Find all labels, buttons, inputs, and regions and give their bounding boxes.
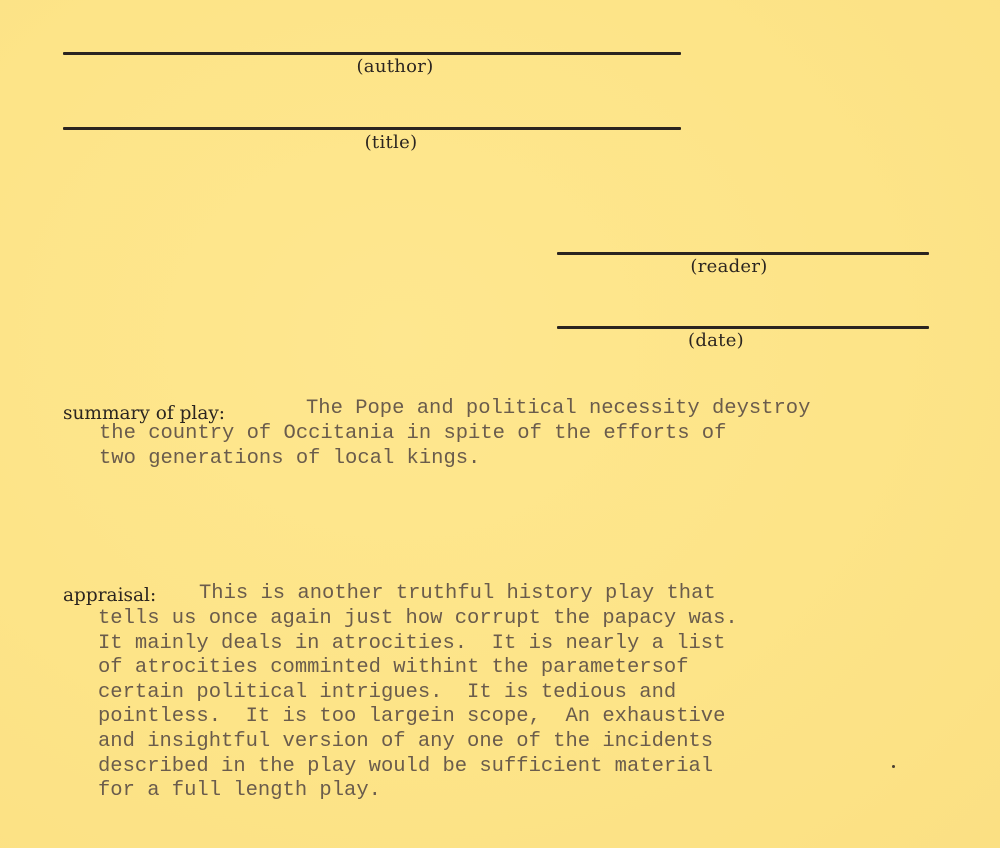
appraisal-line-2: tells us once again just how corrupt the… [98, 607, 738, 631]
appraisal-line-8: described in the play would be sufficien… [98, 755, 713, 779]
title-label: (title) [365, 133, 418, 153]
reader-line [557, 252, 929, 255]
appraisal-line-6: pointless. It is too largein scope, An e… [98, 705, 725, 729]
author-label: (author) [356, 57, 433, 77]
appraisal-line-9: for a full length play. [98, 779, 381, 803]
reader-report-form: (author) (title) (reader) (date) summary… [0, 0, 1000, 848]
appraisal-line-5: certain political intrigues. It is tedio… [98, 681, 676, 705]
summary-line-1: The Pope and political necessity deystro… [306, 397, 810, 421]
summary-line-2: the country of Occitania in spite of the… [99, 422, 726, 446]
date-label: (date) [688, 331, 744, 351]
paper-speck [892, 765, 895, 768]
appraisal-line-3: It mainly deals in atrocities. It is nea… [98, 632, 725, 656]
summary-label: summary of play: [63, 404, 225, 424]
appraisal-line-7: and insightful version of any one of the… [98, 730, 713, 754]
title-line [63, 127, 681, 130]
appraisal-text: This is another truthful history play th… [0, 0, 49, 267]
appraisal-line-1: This is another truthful history play th… [199, 582, 716, 606]
date-line [557, 326, 929, 329]
appraisal-label: appraisal: [63, 586, 156, 606]
appraisal-line-4: of atrocities comminted withint the para… [98, 656, 689, 680]
author-line [63, 52, 681, 55]
reader-label: (reader) [690, 257, 767, 277]
summary-line-3: two generations of local kings. [99, 447, 480, 471]
